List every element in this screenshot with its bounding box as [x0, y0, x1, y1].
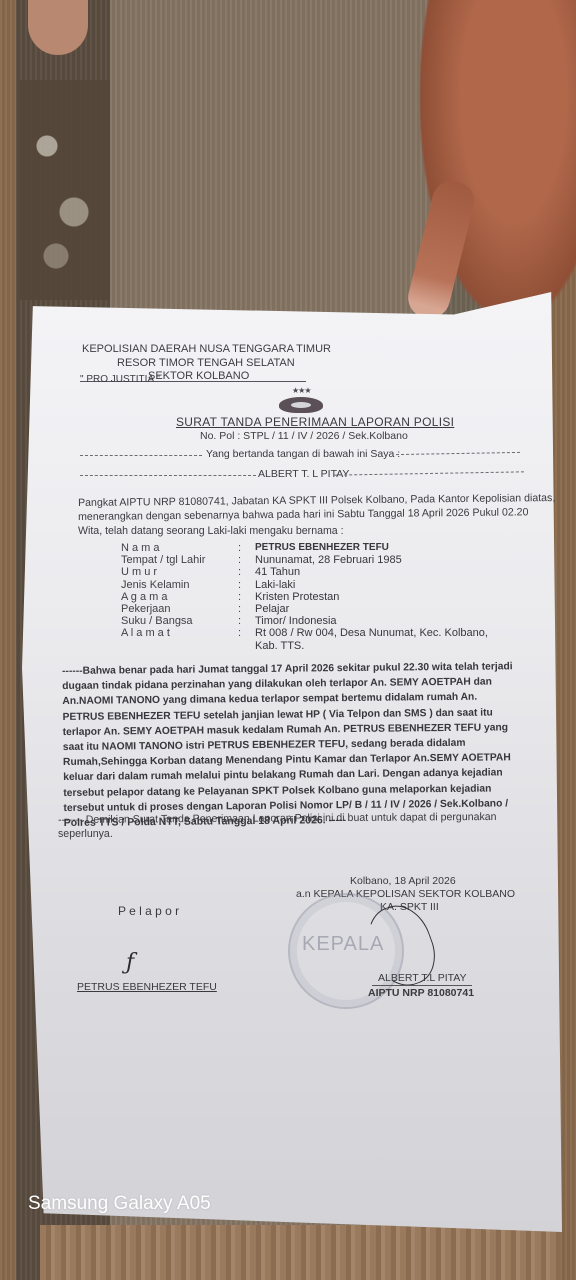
identity-colon: :: [238, 542, 241, 554]
identity-value: Laki-laki: [255, 579, 295, 591]
document-number: No. Pol : STPL / 11 / IV / 2026 / Sek.Ko…: [200, 430, 408, 442]
document-title: SURAT TANDA PENERIMAAN LAPORAN POLISI: [176, 415, 454, 429]
identity-label: N a m a: [121, 542, 160, 554]
officer-rank: AIPTU NRP 81080741: [368, 987, 474, 999]
opening-line-3: Wita, telah datang seorang Laki-laki men…: [78, 524, 344, 538]
identity-label: Tempat / tgl Lahir: [121, 554, 205, 566]
emblem-stars-icon: ★★★: [292, 386, 311, 395]
identity-value: 41 Tahun: [255, 566, 300, 578]
reporter-label: P e l a p o r: [118, 904, 179, 918]
reporter-name: PETRUS EBENHEZER TEFU: [77, 981, 217, 993]
identity-colon: :: [238, 566, 241, 578]
identity-colon: :: [238, 615, 241, 627]
identity-value: Timor/ Indonesia: [255, 615, 337, 627]
identity-colon: :: [238, 591, 241, 603]
identity-label: Pekerjaan: [121, 603, 171, 615]
reporter-signature: ƒ: [126, 950, 134, 975]
statement-paragraph: ------Bahwa benar pada hari Jumat tangga…: [62, 659, 526, 831]
police-report-document: KEPOLISIAN DAERAH NUSA TENGGARA TIMUR RE…: [0, 0, 576, 1280]
place-date: Kolbano, 18 April 2026: [350, 875, 456, 887]
identity-label: A g a m a: [121, 591, 167, 603]
signer-intro: Yang bertanda tangan di bawah ini Saya :: [206, 448, 400, 460]
camera-watermark: Samsung Galaxy A05: [28, 1193, 211, 1215]
identity-value: Kab. TTS.: [255, 640, 304, 652]
identity-colon: :: [238, 627, 241, 639]
header-line-2: RESOR TIMOR TENGAH SELATAN: [117, 357, 295, 369]
identity-label: A l a m a t: [121, 627, 170, 639]
signature-divider: [372, 985, 472, 986]
dash-line: [334, 471, 524, 475]
closing-line-2: seperlunya.: [58, 827, 113, 841]
identity-colon: :: [238, 579, 241, 591]
identity-label: Suku / Bangsa: [121, 615, 193, 627]
identity-colon: :: [238, 603, 241, 615]
identity-value: Pelajar: [255, 603, 289, 615]
police-emblem-icon: [279, 397, 323, 413]
identity-colon: :: [238, 554, 241, 566]
identity-value: PETRUS EBENHEZER TEFU: [255, 542, 389, 553]
identity-value: Rt 008 / Rw 004, Desa Nunumat, Kec. Kolb…: [255, 627, 488, 639]
officer-name: ALBERT T.L PITAY: [378, 972, 467, 984]
identity-label: U m u r: [121, 566, 157, 578]
dash-line: [396, 452, 520, 455]
identity-value: Nununamat, 28 Februari 1985: [255, 554, 402, 566]
dash-line: [80, 475, 256, 476]
dash-line: [80, 455, 202, 456]
header-line-1: KEPOLISIAN DAERAH NUSA TENGGARA TIMUR: [82, 343, 331, 355]
pro-justitia: " PRO JUSTITIA ": [80, 374, 160, 385]
identity-label: Jenis Kelamin: [121, 579, 189, 591]
identity-value: Kristen Protestan: [255, 591, 339, 603]
